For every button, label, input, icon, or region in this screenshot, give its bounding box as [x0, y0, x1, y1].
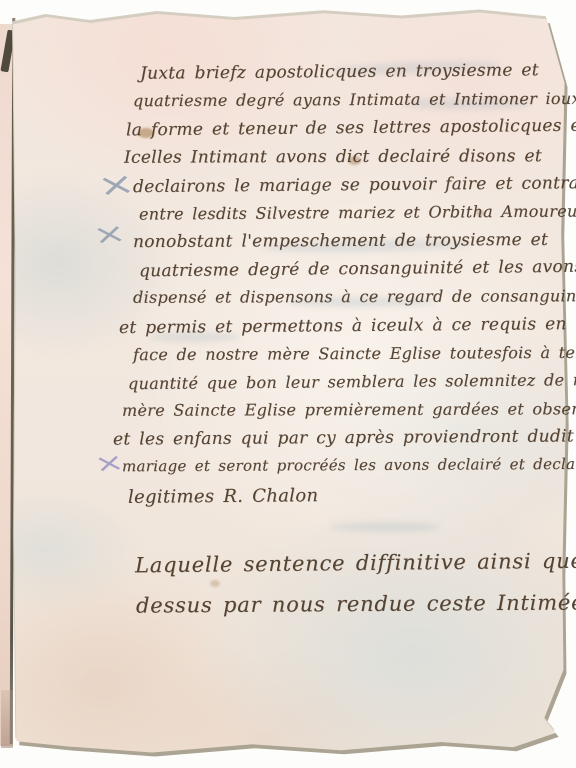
manuscript-signature-line: legitimes R. Chalon — [128, 485, 319, 508]
manuscript-line: Icelles Intimant avons dict declairé dis… — [124, 146, 542, 167]
manuscript-line: mariage et seront procréés les avons dec… — [122, 455, 576, 476]
manuscript-line: dessus par nous rendue ceste Intimée — [136, 590, 576, 617]
manuscript-line: quatriesme degré ayans Intimata et Intim… — [133, 89, 576, 110]
manuscript-line: entre lesdits Silvestre mariez et Orbith… — [139, 201, 576, 223]
manuscript-line: quantité que bon leur semblera les solem… — [128, 370, 576, 393]
manuscript-line: face de nostre mère Saincte Eglise toute… — [133, 343, 576, 364]
manuscript-scan: Juxta briefz apostolicques en troysiesme… — [0, 0, 576, 768]
manuscript-line: dispensé et dispensons à ce regard de co… — [133, 286, 576, 307]
gutter-wear-mark — [1, 690, 13, 748]
margin-x-mark: × — [95, 168, 138, 202]
manuscript-line: Laquelle sentence diffinitive ainsi que — [135, 549, 576, 578]
manuscript-line: Juxta briefz apostolicques en troysiesme… — [140, 60, 539, 83]
verso-showthrough-mark — [330, 522, 440, 532]
manuscript-line: et permis et permettons à iceulx à ce re… — [119, 314, 576, 338]
manuscript-line: nonobstant l'empeschement de troysiesme … — [133, 230, 548, 252]
manuscript-line: et les enfans qui par cy après proviendr… — [113, 426, 574, 449]
manuscript-line: declairons le mariage se pouvoir faire e… — [133, 173, 576, 197]
margin-x-mark: × — [91, 220, 129, 250]
paper-stain — [210, 580, 220, 587]
margin-x-mark: × — [92, 450, 126, 477]
manuscript-line: mère Saincte Eglise premièrement gardées… — [122, 399, 576, 420]
